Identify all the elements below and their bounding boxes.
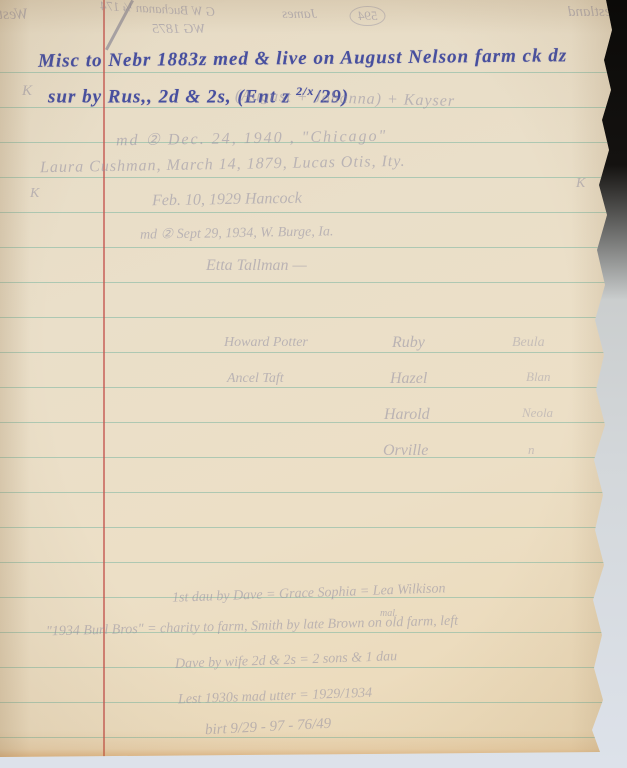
ghost-name: Ancel Taft: [227, 371, 284, 387]
ghost-name: Ruby: [392, 334, 425, 352]
ghost-name: n: [528, 442, 535, 458]
ghost-name: Beula: [512, 335, 545, 351]
bleedthrough-text: WG 1875: [152, 22, 205, 38]
ghost-mark: K: [576, 176, 585, 192]
scanned-page: Westland G W Buchanan ¼ 174 WG 1875 Jame…: [0, 0, 627, 768]
ghost-text: Dave by wife 2d & 2s = 2 sons & 1 dau: [175, 649, 398, 673]
handwriting-line-1: Misc to Nebr 1883z med & live on August …: [38, 45, 567, 73]
ghost-text: md ② Dec. 24, 1940 , "Chicago": [116, 126, 388, 151]
ghost-mark: K: [22, 83, 32, 100]
ghost-text: 1st dau by Dave = Grace Sophia = Lea Wil…: [172, 581, 446, 607]
ghost-name: Harold: [384, 406, 430, 424]
bleedthrough-number-badge: 594: [350, 6, 386, 26]
ghost-text: Lest 1930s mad utter = 1929/1934: [178, 686, 373, 709]
ghost-name: Howard Potter: [224, 335, 308, 351]
ghost-text: "1934 Burl Bros" = charity to farm, Smit…: [46, 614, 458, 641]
bleedthrough-text: G W Buchanan ¼ 174: [100, 0, 216, 20]
ghost-text: Feb. 10, 1929 Hancock: [152, 190, 302, 211]
ghost-mark: K: [30, 186, 39, 202]
ghost-text: md ② Sept 29, 1934, W. Burge, Ia.: [140, 223, 334, 243]
ghost-text: Laura Cushman, March 14, 1879, Lucas Oti…: [40, 153, 406, 177]
ghost-text: birt 9/29 - 97 - 76/49: [205, 716, 332, 740]
ghost-name: Blan: [526, 369, 551, 385]
ghost-name: Neola: [522, 405, 553, 421]
ghost-name: Hazel: [390, 370, 427, 388]
notebook-paper: Westland G W Buchanan ¼ 174 WG 1875 Jame…: [0, 0, 616, 758]
bleedthrough-text: Westland: [0, 6, 28, 24]
margin-line: [103, 0, 105, 757]
ghost-text: Etta Tallman —: [206, 257, 307, 275]
ghost-name: Orville: [383, 442, 428, 460]
bleedthrough-text: James: [282, 7, 317, 23]
